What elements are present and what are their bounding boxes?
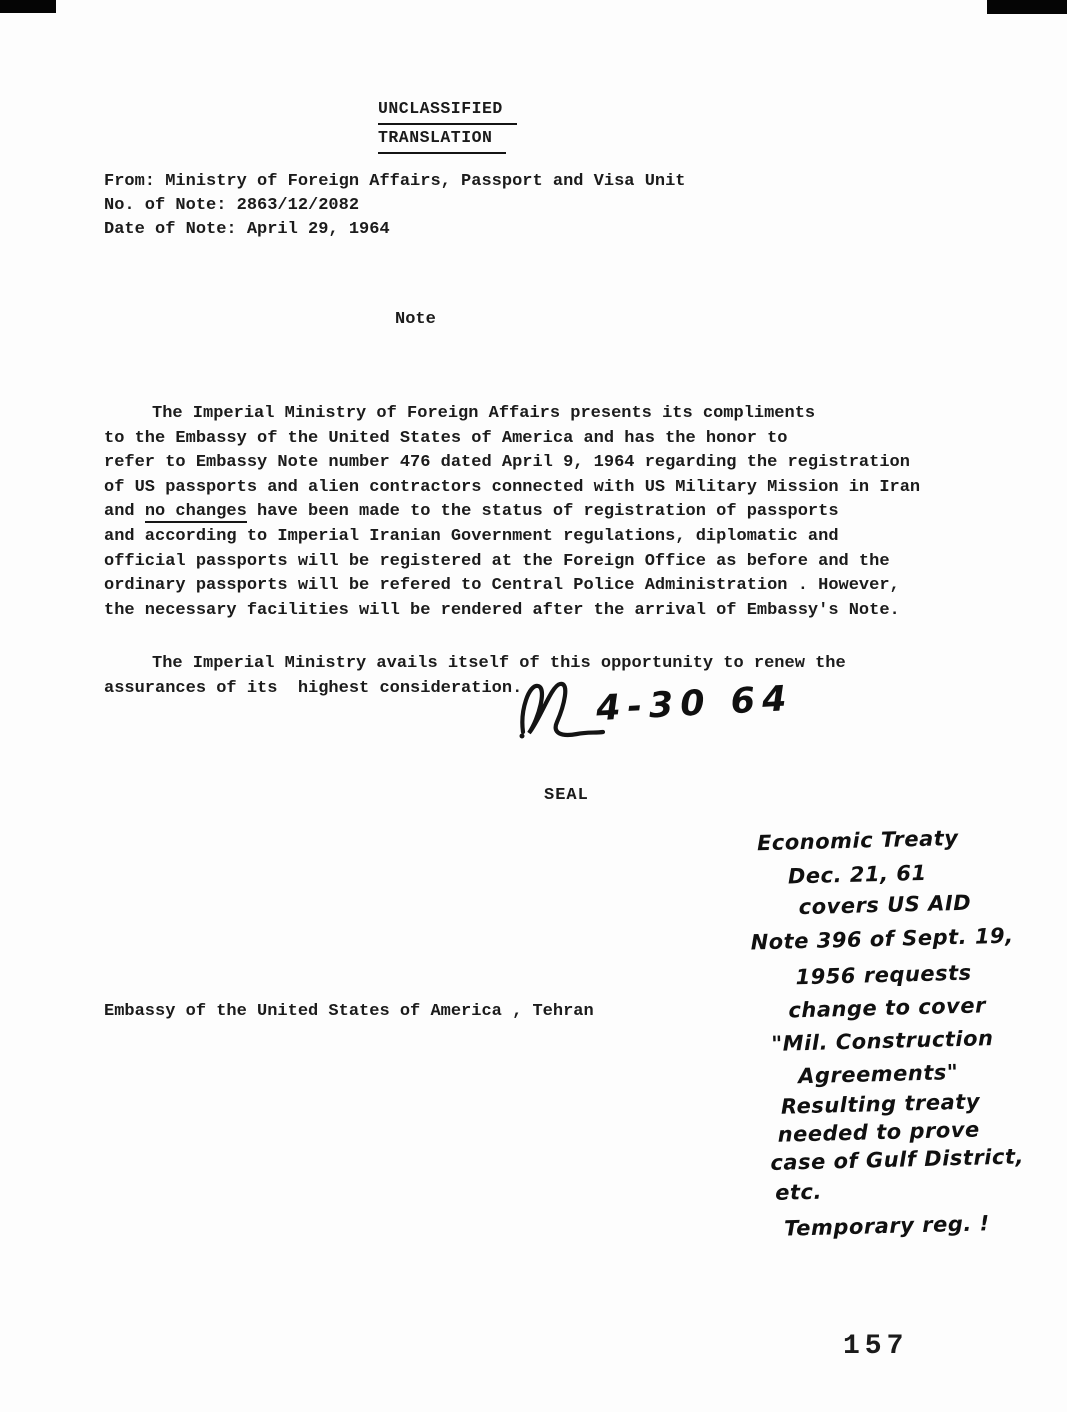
handwritten-initials-scribble [519,676,605,747]
margin-note-line: Agreements" [798,1060,959,1088]
margin-note-line: needed to prove [777,1118,980,1147]
body-line: The Imperial Ministry of Foreign Affairs… [104,402,1004,427]
body-line: of US passports and alien contractors co… [104,476,1004,501]
doc-type-label: TRANSLATION [378,125,506,154]
margin-note-line: change to cover [788,993,986,1022]
margin-note-line: Economic Treaty [757,826,959,855]
scanned-document-page: UNCLASSIFIED TRANSLATION From: Ministry … [0,0,1067,1412]
date-line: Date of Note: April 29, 1964 [104,218,686,242]
classification-line: UNCLASSIFIED [378,96,517,125]
underlined-phrase: no changes [145,502,247,523]
body-line: and according to Imperial Iranian Govern… [104,525,1004,550]
margin-note-line: case of Gulf District, [770,1144,1024,1175]
margin-note-line: Note 396 of Sept. 19, [750,924,1014,955]
document-header: UNCLASSIFIED TRANSLATION [378,96,517,154]
classification-label: UNCLASSIFIED [378,96,517,125]
margin-note-line: Dec. 21, 61 [788,861,927,889]
note-number-line: No. of Note: 2863/12/2082 [104,194,686,218]
doc-type-line: TRANSLATION [378,125,517,154]
margin-note-line: covers US AID [798,891,971,920]
note-title: Note [395,310,436,329]
scan-artifact-top-right [987,0,1067,14]
page-number: 157 [843,1331,908,1362]
from-line: From: Ministry of Foreign Affairs, Passp… [104,170,686,194]
margin-note-line: "Mil. Construction [771,1026,994,1056]
body-text-segment: and [104,502,145,521]
body-line: The Imperial Ministry avails itself of t… [104,652,1004,677]
body-line-underlined-phrase: and no changes have been made to the sta… [104,500,1004,525]
addressee-line: Embassy of the United States of America … [104,1002,594,1021]
margin-note-line: Temporary reg. ! [784,1211,990,1240]
body-paragraph-1: The Imperial Ministry of Foreign Affairs… [104,402,1004,623]
margin-note-line: etc. [775,1180,822,1205]
body-line: official passports will be registered at… [104,550,1004,575]
body-text-segment: have been made to the status of registra… [247,502,839,521]
seal-placeholder-label: SEAL [544,786,589,805]
note-metadata-block: From: Ministry of Foreign Affairs, Passp… [104,170,686,241]
body-line: the necessary facilities will be rendere… [104,599,1004,624]
body-line: to the Embassy of the United States of A… [104,427,1004,452]
scan-artifact-top-left [0,0,56,13]
body-line: ordinary passports will be refered to Ce… [104,574,1004,599]
margin-note-line: 1956 requests [795,961,972,990]
margin-note-line: Resulting treaty [781,1090,981,1119]
body-line: refer to Embassy Note number 476 dated A… [104,451,1004,476]
